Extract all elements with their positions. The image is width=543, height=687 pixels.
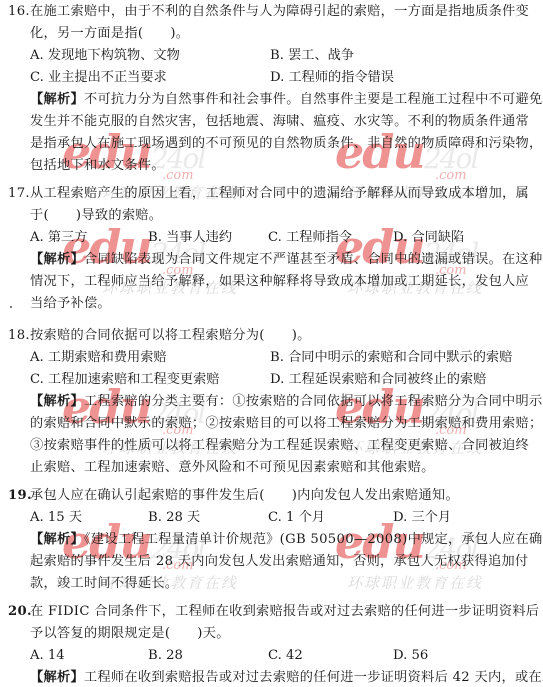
analysis-line: 【解析】《建设工程工程量清单计价规范》(GB 50500—2008)中规定，承包… (30, 530, 543, 550)
analysis-line: 止索赔、工程加速索赔、意外风险和不可预见因素索赔和其他索赔。 (30, 458, 435, 478)
question-number: 19. (8, 486, 32, 506)
analysis-line: 【解析】工程师在收到索赔报告或对过去索赔的任何进一步证明资料后 42 天内，或在… (30, 668, 543, 687)
option-d: D. 工程延误索赔和合同被终止的索赔 (270, 370, 486, 390)
analysis-line: 情况下，工程师应当给予解释，如果这种解释将导致成本增加或工期延长，发包人应 (30, 272, 529, 292)
question-stem: 于( )导致的索赔。 (30, 206, 162, 226)
analysis-line: 款，竣工时间不得延长。 (30, 574, 178, 594)
option-a: A. 发现地下构筑物、文物 (30, 46, 180, 66)
option-a: A. 14 (30, 646, 65, 666)
option-b: B. 28 (148, 646, 183, 666)
analysis-line: 【解析】不可抗力分为自然事件和社会事件。自然事件主要是工程施工过程中不可避免 (30, 90, 543, 110)
analysis-line: 是指承包人在施工现场遇到的不可预见的自然物质条件、非自然的物质障碍和污染物， (30, 134, 543, 154)
option-a: A. 工期索赔和费用索赔 (30, 348, 167, 368)
analysis-line: 的索赔和合同中默示的索赔；②按索赔目的可以将工程索赔分为工期索赔和费用索赔； (30, 414, 543, 434)
option-a: A. 第三方 (30, 228, 87, 248)
option-c: C. 42 (268, 646, 303, 666)
analysis-line: 【解析】合同缺陷表现为合同文件规定不严谨甚至矛盾、合同中的遗漏或错误。在这种 (30, 250, 543, 270)
analysis-line: 发生并不能克服的自然灾害，包括地震、海啸、瘟疫、水灾等。不利的物质条件通常 (30, 112, 529, 132)
question-number: 20. (8, 602, 32, 622)
analysis-label: 【解析】 (30, 532, 84, 547)
option-b: B. 当事人违约 (148, 228, 232, 248)
option-d: D. 工程师的指令错误 (270, 68, 394, 88)
exam-page: edu24ol .com 环球职业教育在线 edu24ol .com 环球职业教… (0, 0, 543, 687)
question-number: 18. (8, 326, 30, 346)
analysis-label: 【解析】 (30, 394, 84, 409)
analysis-line: 包括地下和水文条件。 (30, 156, 165, 176)
question-stem: 按索赔的合同依据可以将工程索赔分为( )。 (30, 326, 311, 346)
question-stem: 在 FIDIC 合同条件下，工程师在收到索赔报告或对过去索赔的任何进一步证明资料… (30, 602, 539, 622)
analysis-label: 【解析】 (30, 92, 84, 107)
analysis-line: ③按索赔事件的性质可以将工程索赔分为工程延误索赔、工程变更索赔、合同被迫终 (30, 436, 529, 456)
option-d: D. 56 (393, 646, 428, 666)
question-stem: 在施工索赔中，由于不利的自然条件与人为障碍引起的索赔，一方面是指地质条件变 (30, 2, 529, 22)
analysis-label: 【解析】 (30, 252, 84, 267)
analysis-line: 【解析】工程索赔的分类主要有：①按索赔的合同依据可以将工程索赔分为合同中明示 (30, 392, 543, 412)
option-b: B. 28 天 (148, 508, 200, 528)
question-number: 17. (8, 184, 30, 204)
stray-mark (10, 306, 12, 308)
option-a: A. 15 天 (30, 508, 82, 528)
analysis-line: 当给予补偿。 (30, 294, 111, 314)
option-d: D. 合同缺陷 (393, 228, 464, 248)
question-stem: 承包人应在确认引起索赔的事件发生后( )内向发包人发出索赔通知。 (30, 486, 459, 506)
analysis-line: 起索赔的事件发生后 28 天内向发包人发出索赔通知，否则，承包人无权获得追加付 (30, 552, 528, 572)
option-d: D. 三个月 (393, 508, 451, 528)
option-c: C. 业主提出不正当要求 (30, 68, 167, 88)
question-number: 16. (8, 2, 30, 22)
option-c: C. 工程师指令 (268, 228, 352, 248)
option-c: C. 工程加速索赔和工程变更索赔 (30, 370, 219, 390)
option-c: C. 1 个月 (268, 508, 325, 528)
question-stem: 化，另一方面是指( )。 (30, 24, 189, 44)
analysis-label: 【解析】 (30, 670, 84, 685)
question-stem: 从工程索赔产生的原因上看，工程师对合同中的遗漏给予解释从而导致成本增加，属 (30, 184, 529, 204)
option-b: B. 合同中明示的索赔和合同中默示的索赔 (270, 348, 512, 368)
option-b: B. 罢工、战争 (270, 46, 354, 66)
question-stem: 予以答复的期限规定是( )天。 (30, 624, 230, 644)
